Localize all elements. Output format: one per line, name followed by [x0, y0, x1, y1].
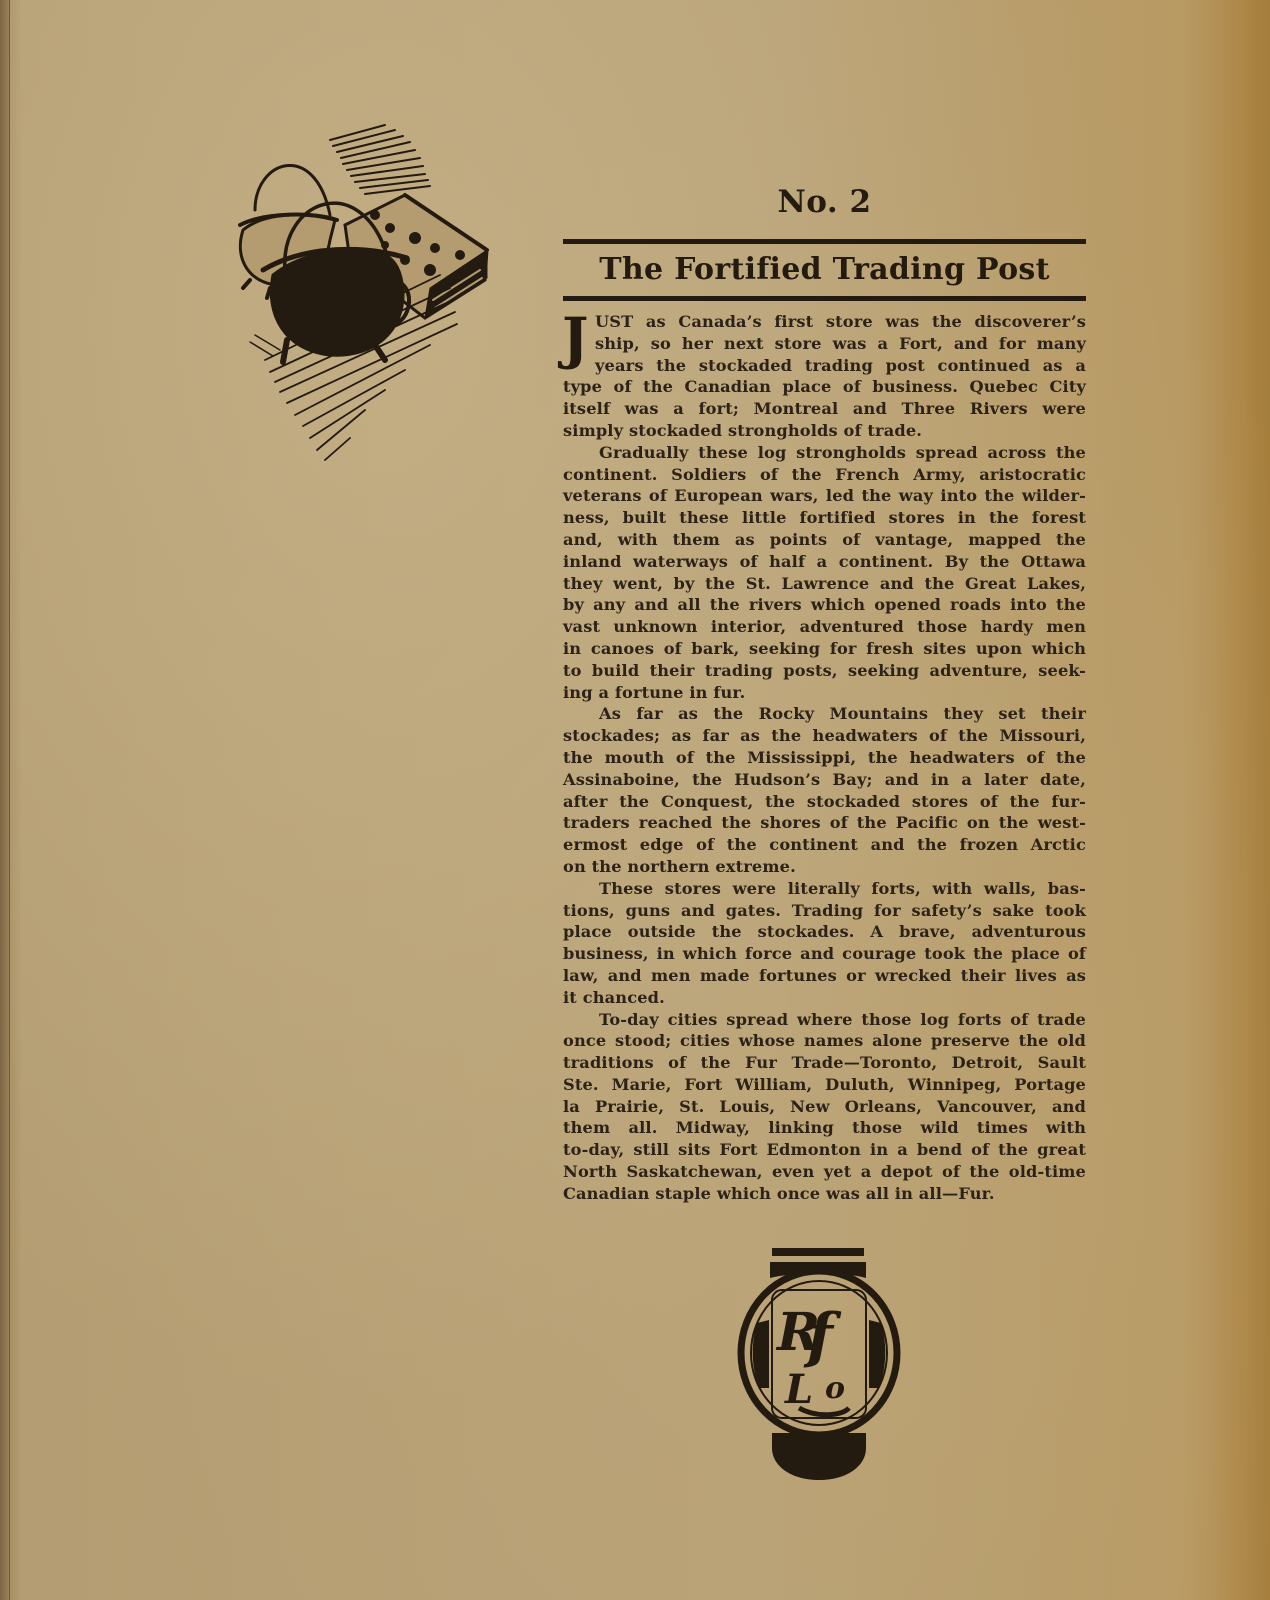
text-line: Ste. Marie, Fort William, Duluth, Winnip…	[563, 1074, 1086, 1096]
page-binding-edge	[0, 0, 10, 1600]
text-line: it chanced.	[563, 987, 1086, 1009]
text-line: by any and all the rivers which opened r…	[563, 594, 1086, 616]
text-line: tions, guns and gates. Trading for safet…	[563, 900, 1086, 922]
text-line: continent. Soldiers of the French Army, …	[563, 464, 1086, 486]
text-line: As far as the Rocky Mountains they set t…	[563, 703, 1086, 725]
article-title: The Fortified Trading Post	[563, 244, 1086, 296]
text-line: type of the Canadian place of business. …	[563, 376, 1086, 398]
text-line: itself was a fort; Montreal and Three Ri…	[563, 398, 1086, 420]
text-line: ship, so her next store was a Fort, and …	[563, 333, 1086, 355]
text-line: years the stockaded trading post continu…	[563, 355, 1086, 377]
text-line: in canoes of bark, seeking for fresh sit…	[563, 638, 1086, 660]
text-line: business, in which force and courage too…	[563, 943, 1086, 965]
cooking-pots-illustration	[225, 120, 500, 465]
text-line: the mouth of the Mississippi, the headwa…	[563, 747, 1086, 769]
article-column: No. 2 The Fortified Trading Post J UST a…	[563, 170, 1086, 1205]
text-line: stockades; as far as the headwaters of t…	[563, 725, 1086, 747]
text-line: traders reached the shores of the Pacifi…	[563, 812, 1086, 834]
text-line: UST as Canada’s first store was the disc…	[563, 311, 1086, 333]
text-line: These stores were literally forts, with …	[563, 878, 1086, 900]
text-line: after the Conquest, the stockaded stores…	[563, 791, 1086, 813]
text-line: once stood; cities whose names alone pre…	[563, 1030, 1086, 1052]
text-line: inland waterways of half a continent. By…	[563, 551, 1086, 573]
text-line: traditions of the Fur Trade—Toronto, Det…	[563, 1052, 1086, 1074]
svg-text:f: f	[803, 1301, 842, 1371]
rf-co-monogram-logo: R f L o	[737, 1248, 902, 1480]
text-line: North Saskatchewan, even yet a depot of …	[563, 1161, 1086, 1183]
text-line: Assinaboine, the Hudson’s Bay; and in a …	[563, 769, 1086, 791]
text-line: simply stockaded strongholds of trade.	[563, 420, 1086, 442]
text-line: ness, built these little fortified store…	[563, 507, 1086, 529]
text-line: To-day cities spread where those log for…	[563, 1009, 1086, 1031]
text-line: to build their trading posts, seeking ad…	[563, 660, 1086, 682]
svg-text:o: o	[825, 1371, 845, 1406]
text-line: la Prairie, St. Louis, New Orleans, Vanc…	[563, 1096, 1086, 1118]
text-line: place outside the stockades. A brave, ad…	[563, 921, 1086, 943]
text-line: Gradually these log strongholds spread a…	[563, 442, 1086, 464]
text-line: vast unknown interior, adventured those …	[563, 616, 1086, 638]
svg-text:L: L	[784, 1366, 813, 1413]
article-body: J UST as Canada’s first store was the di…	[563, 311, 1086, 1205]
text-line: and, with them as points of vantage, map…	[563, 529, 1086, 551]
issue-number: No. 2	[563, 170, 1086, 230]
title-rule-bottom	[563, 296, 1086, 301]
text-line: ermost edge of the continent and the fro…	[563, 834, 1086, 856]
text-line: on the northern extreme.	[563, 856, 1086, 878]
text-line: ing a fortune in fur.	[563, 682, 1086, 704]
text-line: they went, by the St. Lawrence and the G…	[563, 573, 1086, 595]
drop-cap: J	[562, 311, 589, 367]
text-line: law, and men made fortunes or wrecked th…	[563, 965, 1086, 987]
text-line: veterans of European wars, led the way i…	[563, 485, 1086, 507]
text-line: to-day, still sits Fort Edmonton in a be…	[563, 1139, 1086, 1161]
text-line: Canadian staple which once was all in al…	[563, 1183, 1086, 1205]
text-line: them all. Midway, linking those wild tim…	[563, 1117, 1086, 1139]
page-right-shading	[1210, 0, 1270, 1600]
